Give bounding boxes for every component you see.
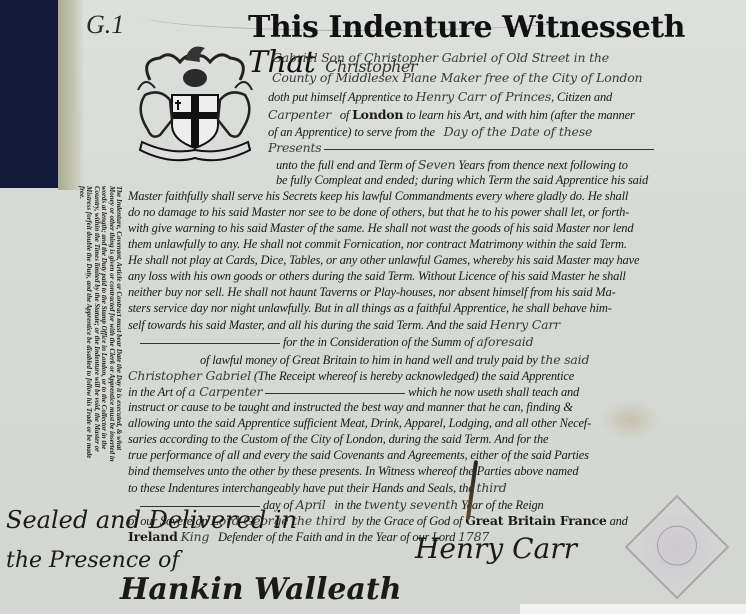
body-line-5: of an Apprentice) to serve from the Day … [268,124,592,140]
attestation-line-2: the Presence of [6,548,180,573]
body-line-26: bind themselves unto the other by these … [128,464,578,479]
blank-line [265,393,405,394]
body-line-15: neither buy nor sell. He shall not haunt… [128,285,616,300]
witness-signature: Hankin Walleath [120,572,402,607]
body-line-3: doth put himself Apprentice to Henry Car… [268,89,612,105]
body-line-14: any loss with his own goods or others du… [128,269,626,284]
master-signature: Henry Carr [415,532,577,565]
body-line-23: allowing unto the said Apprentice suffic… [128,416,591,431]
body-line-22: instruct or cause to be taught and instr… [128,400,573,415]
wax-seal-icon [625,495,730,600]
body-line-7: unto the full end and Term of Seven Year… [276,157,628,173]
heading-title: This Indenture Witnesseth [248,10,685,45]
body-line-18: for the in Consideration of the Summ of … [140,334,533,350]
paper-edge-stain [58,0,84,190]
body-line-27: to these Indentures interchangeably have… [128,480,507,496]
body-line-9: Master faithfully shall serve his Secret… [128,189,628,204]
body-line-19: of lawful money of Great Britain to him … [200,352,589,368]
body-line-13: He shall not play at Cards, Dice, Tables… [128,253,639,268]
paper-fold-edge [520,604,746,614]
stamp-duty-notice: The Indenture, Covenant, Article or Cont… [66,186,122,471]
marginal-note: G.1 [86,10,124,40]
body-line-4: Carpenter of London to learn his Art, an… [268,107,635,123]
body-line-20: Christopher Gabriel (The Receipt whereof… [128,368,574,384]
city-of-london-crest-icon [130,40,260,170]
body-line-21: in the Art of a Carpenter which he now u… [128,384,579,400]
body-line-17: self towards his said Master, and all hi… [128,317,560,333]
paper-wear-mark [600,400,660,440]
body-line-25: true performance of all and every the sa… [128,448,589,463]
indenture-document: G.1 This Indenture Witnesseth That Chris… [0,0,746,614]
body-line-10: do no damage to his said Master nor see … [128,205,629,220]
blank-line [324,149,654,150]
body-line-12: them unlawfully to any. He shall not com… [128,237,627,252]
body-line-6: Presents [268,140,654,156]
body-line-11: with give warning to his said Master of … [128,221,633,236]
body-line-24: saries according to the Custom of the Ci… [128,432,548,447]
dark-mount-background [0,0,58,188]
body-line-8: be fully Compleat and ended; during whic… [276,173,648,188]
body-line-2: County of Middlesex Plane Maker free of … [272,70,642,86]
blank-line [140,343,280,344]
attestation-line-1: Sealed and Delivered in [6,506,297,534]
body-line-1: Gabriel Son of Christopher Gabriel of Ol… [272,50,609,66]
body-line-16: sters service day nor night unlawfully. … [128,301,612,316]
